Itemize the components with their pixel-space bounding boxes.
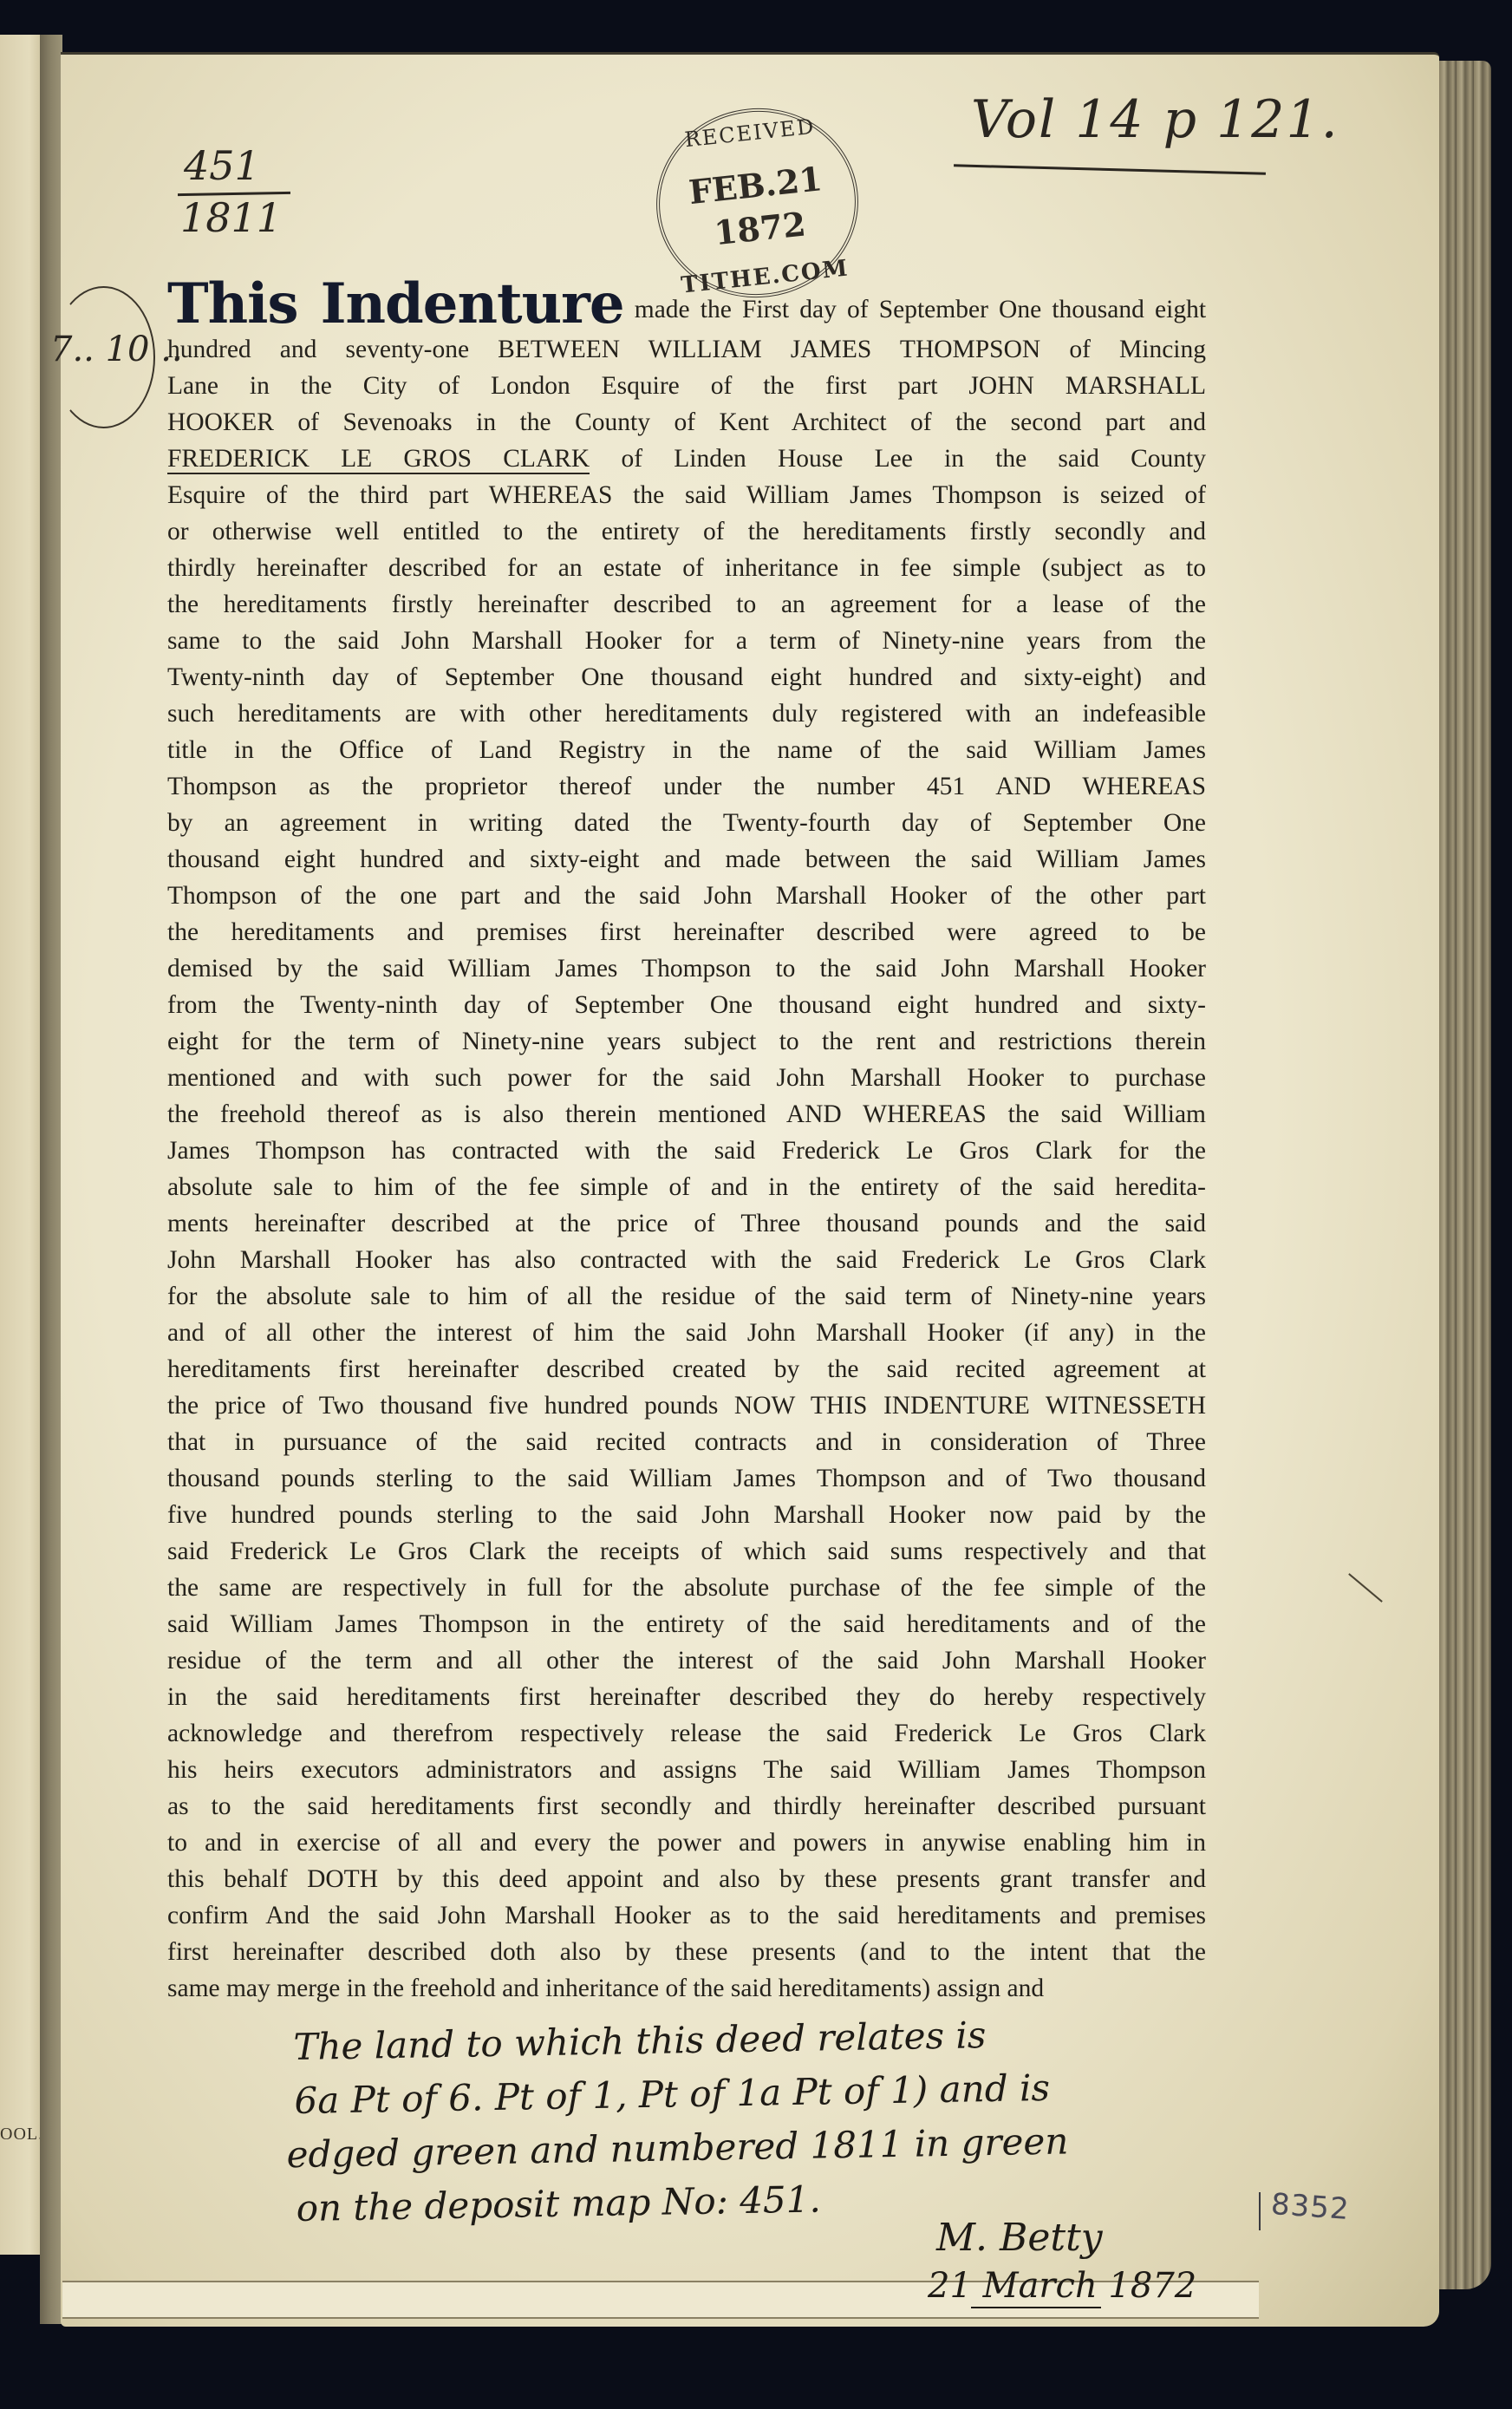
body-line: confirm And the said John Marshall Hooke…: [167, 1897, 1206, 1934]
body-line: said William James Thompson in the entir…: [167, 1606, 1206, 1642]
body-line: residue of the term and all other the in…: [167, 1642, 1206, 1679]
volume-reference: Vol 14 p 121.: [971, 94, 1339, 146]
body-line: acknowledge and therefrom respectively r…: [167, 1715, 1206, 1752]
body-line: This Indenture made the First day of Sep…: [167, 277, 1206, 331]
folio-bracket: [1259, 2192, 1266, 2230]
body-line: his heirs executors administrators and a…: [167, 1752, 1206, 1788]
body-line: that in pursuance of the said recited co…: [167, 1424, 1206, 1460]
body-line: hundred and seventy-one BETWEEN WILLIAM …: [167, 331, 1206, 368]
body-line: absolute sale to him of the fee simple o…: [167, 1169, 1206, 1205]
received-stamp: RECEIVED FEB.21 1872 TITHE.COM: [647, 98, 868, 307]
body-line: and of all other the interest of him the…: [167, 1315, 1206, 1351]
body-line: the freehold thereof as is also therein …: [167, 1096, 1206, 1133]
body-line: Lane in the City of London Esquire of th…: [167, 368, 1206, 404]
underlined-party-name: FREDERICK LE GROS CLARK: [167, 445, 590, 474]
body-line: James Thompson has contracted with the s…: [167, 1133, 1206, 1169]
body-line: Thompson as the proprietor thereof under…: [167, 768, 1206, 805]
body-line: eight for the term of Ninety-nine years …: [167, 1023, 1206, 1060]
body-line: said Frederick Le Gros Clark the receipt…: [167, 1533, 1206, 1570]
indenture-body: This Indenture made the First day of Sep…: [167, 277, 1206, 2007]
margin-fee-note: 7.. 10 ..: [50, 330, 183, 369]
body-line: demised by the said William James Thomps…: [167, 950, 1206, 987]
body-line: ments hereinafter described at the price…: [167, 1205, 1206, 1242]
body-line: or otherwise well entitled to the entire…: [167, 513, 1206, 550]
body-line: by an agreement in writing dated the Twe…: [167, 805, 1206, 841]
body-line-text: made the First day of September One thou…: [635, 296, 1206, 323]
body-line: such hereditaments are with other heredi…: [167, 695, 1206, 732]
folio-number: 8352: [1270, 2187, 1351, 2227]
body-line: this behalf DOTH by this deed appoint an…: [167, 1861, 1206, 1897]
body-line: the hereditaments and premises first her…: [167, 914, 1206, 950]
body-line-text: of Linden House Lee in the said County: [590, 445, 1206, 473]
body-line: FREDERICK LE GROS CLARK of Linden House …: [167, 441, 1206, 477]
body-line: same may merge in the freehold and inher…: [167, 1970, 1206, 2007]
body-line: first hereinafter described doth also by…: [167, 1934, 1206, 1970]
register-number-bottom: 1811: [180, 198, 282, 238]
body-line: Thompson of the one part and the said Jo…: [167, 878, 1206, 914]
registrar-signature: M. Betty: [936, 2216, 1103, 2260]
body-line: the hereditaments firstly hereinafter de…: [167, 586, 1206, 623]
body-line: to and in exercise of all and every the …: [167, 1825, 1206, 1861]
adjacent-left-page: OOL.: [0, 35, 42, 2255]
body-line: Twenty-ninth day of September One thousa…: [167, 659, 1206, 695]
body-line: from the Twenty-ninth day of September O…: [167, 987, 1206, 1023]
body-line: thirdly hereinafter described for an est…: [167, 550, 1206, 586]
body-line: same to the said John Marshall Hooker fo…: [167, 623, 1206, 659]
body-line: John Marshall Hooker has also contracted…: [167, 1242, 1206, 1278]
left-page-text-fragment: OOL.: [0, 2125, 43, 2145]
body-line: thousand pounds sterling to the said Wil…: [167, 1460, 1206, 1497]
body-line: for the absolute sale to him of all the …: [167, 1278, 1206, 1315]
body-line: as to the said hereditaments first secon…: [167, 1788, 1206, 1825]
body-line: in the said hereditaments first hereinaf…: [167, 1679, 1206, 1715]
signature-date: 21 March 1872: [928, 2266, 1196, 2306]
body-line: the price of Two thousand five hundred p…: [167, 1387, 1206, 1424]
body-line: Esquire of the third part WHEREAS the sa…: [167, 477, 1206, 513]
body-line: the same are respectively in full for th…: [167, 1570, 1206, 1606]
indenture-title: This Indenture: [167, 271, 624, 336]
body-line: HOOKER of Sevenoaks in the County of Ken…: [167, 404, 1206, 441]
body-line: mentioned and with such power for the sa…: [167, 1060, 1206, 1096]
handwritten-land-note: The land to which this deed relates is 6…: [293, 2003, 1294, 2236]
signature-date-underline: [971, 2307, 1101, 2308]
body-line: title in the Office of Land Registry in …: [167, 732, 1206, 768]
body-line: hereditaments first hereinafter describe…: [167, 1351, 1206, 1387]
body-line: five hundred pounds sterling to the said…: [167, 1497, 1206, 1533]
register-number-top: 451: [184, 146, 260, 186]
body-line: thousand eight hundred and sixty-eight a…: [167, 841, 1206, 878]
